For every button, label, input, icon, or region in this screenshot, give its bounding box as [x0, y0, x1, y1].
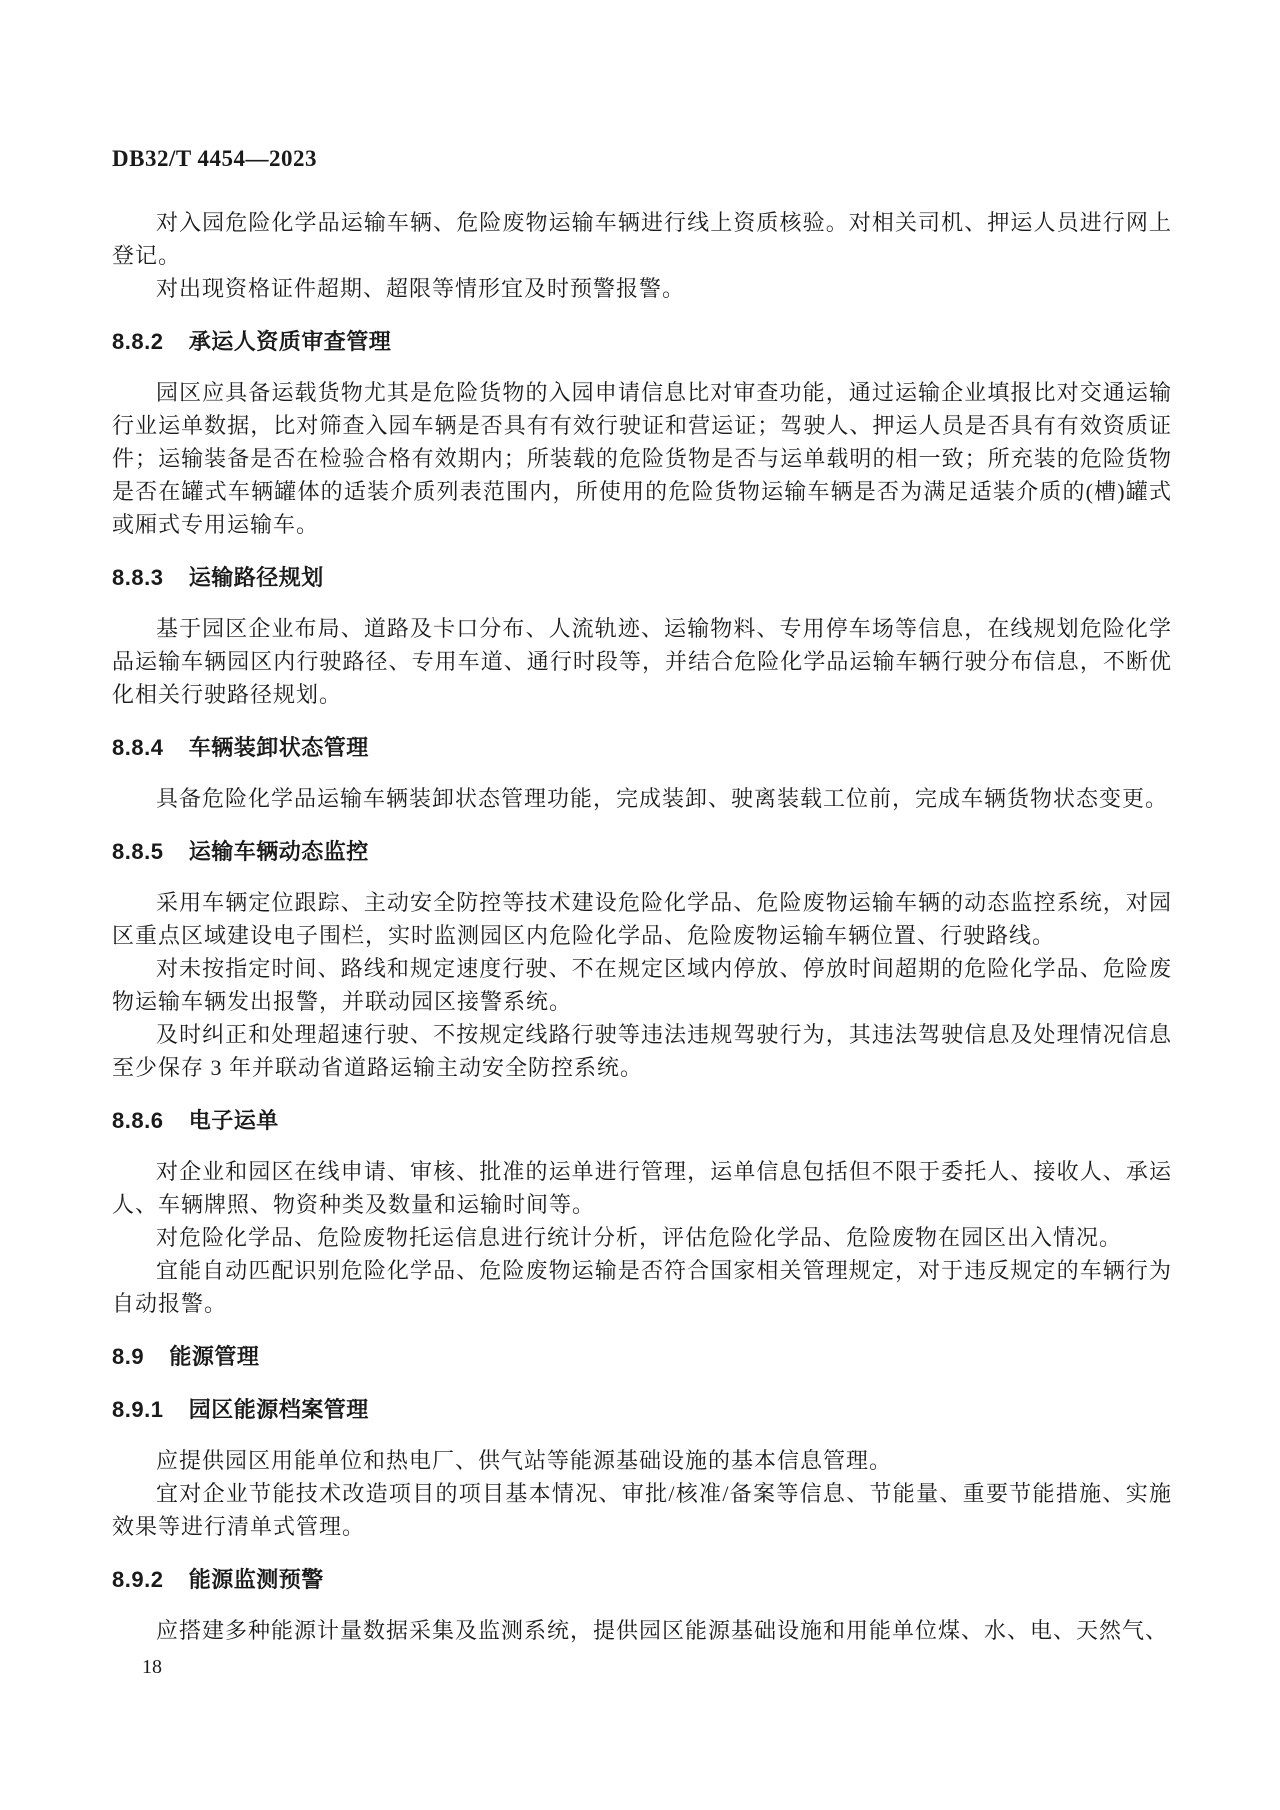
paragraph-entry-verification: 对入园危险化学品运输车辆、危险废物运输车辆进行线上资质核验。对相关司机、押运人员… [112, 206, 1172, 272]
section-number: 8.8.4 [112, 735, 163, 760]
paragraph-energy-monitoring: 应搭建多种能源计量数据采集及监测系统，提供园区能源基础设施和用能单位煤、水、电、… [112, 1614, 1172, 1647]
document-page: DB32/T 4454—2023 对入园危险化学品运输车辆、危险废物运输车辆进行… [0, 0, 1280, 1810]
paragraph-route-planning: 基于园区企业布局、道路及卡口分布、人流轨迹、运输物料、专用停车场等信息，在线规划… [112, 612, 1172, 711]
heading-8-8-6: 8.8.6 电子运单 [112, 1104, 1172, 1137]
paragraph-certificate-warning: 对出现资格证件超期、超限等情形宜及时预警报警。 [112, 272, 1172, 305]
heading-8-8-5: 8.8.5 运输车辆动态监控 [112, 835, 1172, 868]
section-title: 运输路径规划 [189, 565, 324, 590]
section-number: 8.9 [112, 1344, 144, 1369]
section-title: 能源监测预警 [189, 1567, 324, 1592]
section-title: 车辆装卸状态管理 [189, 735, 369, 760]
page-header: DB32/T 4454—2023 [112, 146, 1172, 172]
paragraph-dynamic-monitoring: 采用车辆定位跟踪、主动安全防控等技术建设危险化学品、危险废物运输车辆的动态监控系… [112, 886, 1172, 952]
heading-8-9-2: 8.9.2 能源监测预警 [112, 1563, 1172, 1596]
section-number: 8.9.1 [112, 1397, 163, 1422]
section-title: 园区能源档案管理 [189, 1397, 369, 1422]
section-number: 8.8.3 [112, 565, 163, 590]
paragraph-loading-status: 具备危险化学品运输车辆装卸状态管理功能，完成装卸、驶离装载工位前，完成车辆货物状… [112, 782, 1172, 815]
heading-8-8-4: 8.8.4 车辆装卸状态管理 [112, 731, 1172, 764]
section-title: 电子运单 [189, 1108, 279, 1133]
section-number: 8.8.5 [112, 839, 163, 864]
section-title: 能源管理 [169, 1344, 259, 1369]
heading-8-9-1: 8.9.1 园区能源档案管理 [112, 1393, 1172, 1426]
paragraph-violation-alarm: 对未按指定时间、路线和规定速度行驶、不在规定区域内停放、停放时间超期的危险化学品… [112, 952, 1172, 1018]
page-footer: 18 [112, 1655, 1172, 1679]
page-body: 对入园危险化学品运输车辆、危险废物运输车辆进行线上资质核验。对相关司机、押运人员… [112, 206, 1172, 1647]
page-number: 18 [142, 1655, 1172, 1679]
paragraph-violation-handling: 及时纠正和处理超速行驶、不按规定线路行驶等违法违规驾驶行为，其违法驾驶信息及处理… [112, 1018, 1172, 1084]
heading-8-9: 8.9 能源管理 [112, 1340, 1172, 1373]
section-number: 8.8.2 [112, 329, 163, 354]
doc-code: DB32/T 4454—2023 [112, 146, 1172, 172]
paragraph-waybill-management: 对企业和园区在线申请、审核、批准的运单进行管理，运单信息包括但不限于委托人、接收… [112, 1155, 1172, 1221]
heading-8-8-2: 8.8.2 承运人资质审查管理 [112, 325, 1172, 358]
section-number: 8.9.2 [112, 1567, 163, 1592]
paragraph-energy-saving-list: 宜对企业节能技术改造项目的项目基本情况、审批/核准/备案等信息、节能量、重要节能… [112, 1477, 1172, 1543]
paragraph-carrier-qualification: 园区应具备运载货物尤其是危险货物的入园申请信息比对审查功能，通过运输企业填报比对… [112, 376, 1172, 541]
paragraph-energy-archive: 应提供园区用能单位和热电厂、供气站等能源基础设施的基本信息管理。 [112, 1444, 1172, 1477]
section-title: 承运人资质审查管理 [189, 329, 392, 354]
paragraph-waybill-statistics: 对危险化学品、危险废物托运信息进行统计分析，评估危险化学品、危险废物在园区出入情… [112, 1221, 1172, 1254]
paragraph-waybill-auto-match: 宜能自动匹配识别危险化学品、危险废物运输是否符合国家相关管理规定，对于违反规定的… [112, 1254, 1172, 1320]
section-title: 运输车辆动态监控 [189, 839, 369, 864]
heading-8-8-3: 8.8.3 运输路径规划 [112, 561, 1172, 594]
section-number: 8.8.6 [112, 1108, 163, 1133]
